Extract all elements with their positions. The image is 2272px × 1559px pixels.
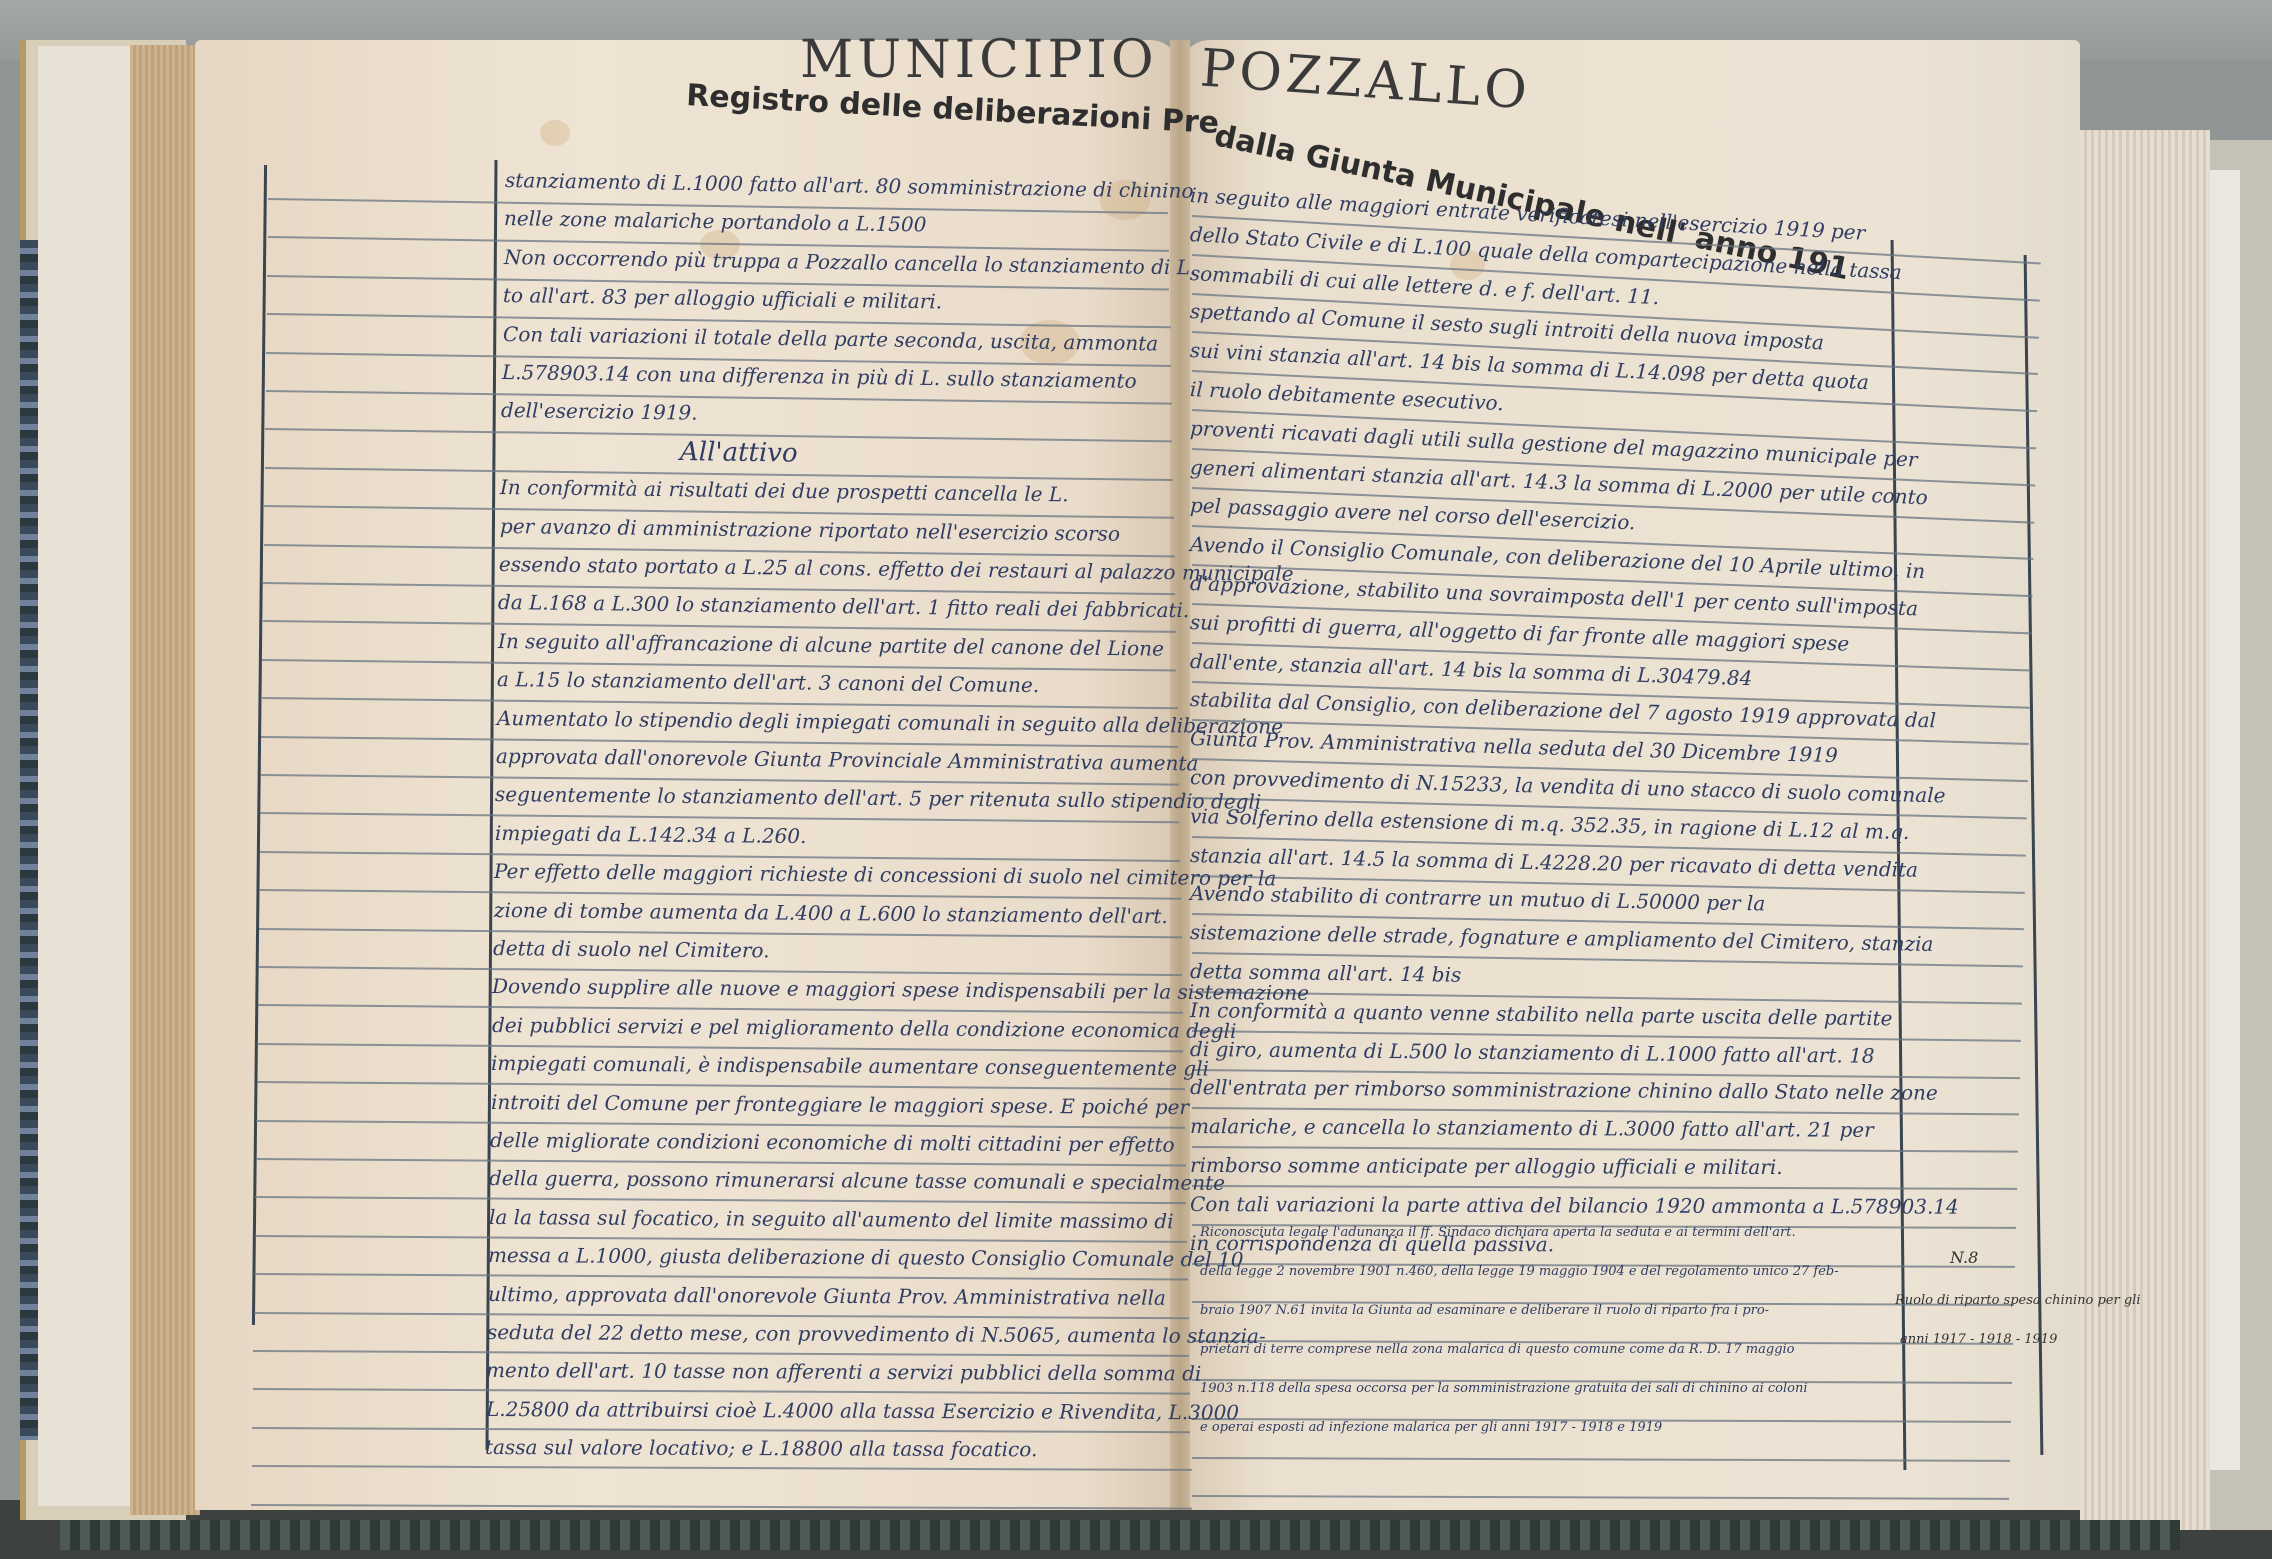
margin-note-number: N.8 <box>1950 1248 1978 1267</box>
handwritten-minute-line: prietari di terre comprese nella zona ma… <box>1200 1342 1795 1357</box>
handwritten-line: la la tassa sul focatico, in seguito all… <box>489 1205 1174 1233</box>
handwritten-line: malariche, e cancella lo stanziamento di… <box>1190 1114 1874 1142</box>
handwritten-line: tassa sul valore locativo; e L.18800 all… <box>485 1435 1037 1461</box>
handwritten-minute-line: braio 1907 N.61 invita la Giunta ad esam… <box>1200 1303 1769 1318</box>
book-cover-bottom <box>60 1520 2180 1550</box>
handwritten-line: L.25800 da attribuirsi cioè L.4000 alla … <box>486 1397 1239 1424</box>
page-stack-right <box>2080 130 2210 1530</box>
handwritten-line: mento dell'art. 10 tasse non afferenti a… <box>486 1358 1201 1385</box>
register-title: MUNICIPIO POZZALLO <box>800 30 1158 90</box>
handwritten-minute-line: 1903 n.118 della spesa occorsa per la so… <box>1200 1381 1808 1396</box>
handwritten-minute-line: e operai esposti ad infezione malarica p… <box>1200 1420 1662 1435</box>
handwritten-line: seduta del 22 detto mese, con provvedime… <box>487 1320 1266 1348</box>
foxing-stain <box>540 120 570 146</box>
section-heading: All'attivo <box>680 437 798 469</box>
handwritten-line: introiti del Comune per fronteggiare le … <box>491 1090 1189 1119</box>
endpaper-left <box>38 46 138 1506</box>
handwritten-line: messa a L.1000, giusta deliberazione di … <box>488 1243 1244 1271</box>
handwritten-line: impiegati da L.142.34 a L.260. <box>495 821 807 848</box>
handwritten-line: detta di suolo nel Cimitero. <box>493 936 770 962</box>
handwritten-minute-line: della legge 2 novembre 1901 n.460, della… <box>1200 1264 1839 1279</box>
subtitle-split-text: Pre <box>1161 103 1220 141</box>
handwritten-line: Con tali variazioni la parte attiva del … <box>1190 1192 1959 1219</box>
handwritten-minute-line: Riconosciuta legale l'adunanza il ff. Si… <box>1200 1225 1796 1240</box>
handwritten-line: rimborso somme anticipate per alloggio u… <box>1190 1153 1783 1179</box>
handwritten-line: dell'esercizio 1919. <box>501 398 698 425</box>
margin-note-line2: anni 1917 - 1918 - 1919 <box>1900 1332 2057 1347</box>
handwritten-line: detta somma all'art. 14 bis <box>1190 959 1462 987</box>
margin-note-line1: Ruolo di riparto spesa chinino per gli <box>1895 1293 2140 1308</box>
title-municipio: MUNICIPIO <box>800 30 1158 90</box>
handwritten-line: delle migliorate condizioni economiche d… <box>490 1128 1175 1157</box>
handwritten-line: ultimo, approvata dall'onorevole Giunta … <box>488 1282 1166 1310</box>
cover-marbling <box>20 240 38 1440</box>
page-stack-left <box>130 45 200 1515</box>
